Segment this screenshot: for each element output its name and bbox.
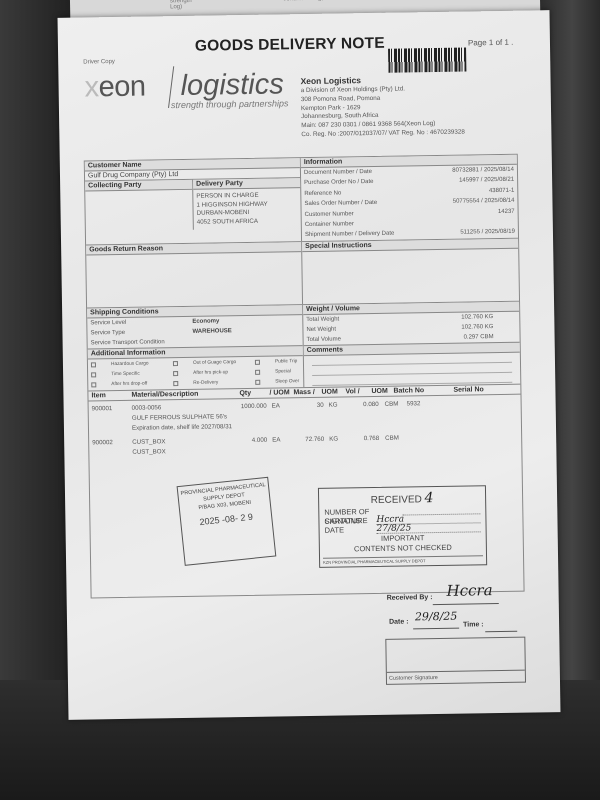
logo-xeon: xeon <box>84 71 145 105</box>
received-title: RECEIVED <box>371 494 422 506</box>
company-details: Xeon Logistics a Division of Xeon Holdin… <box>300 74 464 140</box>
volume: 0.080 <box>359 401 379 408</box>
info-label: Shipment Number / Delivery Date <box>305 229 395 241</box>
item-number: 900001 <box>92 405 113 412</box>
received-by-label: Received By : <box>387 594 433 602</box>
checkbox[interactable] <box>173 371 178 376</box>
checkbox-label: Out of Guage Cargo <box>185 358 255 368</box>
barcode <box>388 47 466 72</box>
document-title: GOODS DELIVERY NOTE <box>195 35 385 56</box>
total-volume-value: 0.297 CBM <box>463 332 493 342</box>
total-volume-label: Total Volume <box>307 334 342 345</box>
column-header: Vol / <box>345 388 371 395</box>
carton-count: 4 <box>424 490 433 506</box>
underlying-address: Johannesburg, South Africa <box>283 0 357 2</box>
total-weight-label: Total Weight <box>306 314 339 325</box>
info-label: Sales Order Number / Date <box>304 198 377 210</box>
customer-signature-label: Customer Signature <box>387 670 525 684</box>
delivery-address: PERSON IN CHARGE 1 HIGGINSON HIGHWAY DUR… <box>193 188 301 230</box>
checkbox[interactable] <box>173 381 178 386</box>
info-label: Customer Number <box>305 209 354 220</box>
info-value: 511255 / 2025/08/19 <box>460 227 515 238</box>
checkbox-label: Sleep Over <box>267 377 300 387</box>
received-by-signature: Hccra <box>446 581 492 600</box>
info-value: 14237 <box>498 206 515 217</box>
material-code: 0003-0056 <box>132 404 162 411</box>
special-instructions-box <box>302 248 519 303</box>
column-header: UOM <box>321 388 345 395</box>
logo-x: x <box>84 71 99 103</box>
column-header: / UOM <box>269 389 293 396</box>
item-number: 900002 <box>92 439 113 446</box>
receipt-date-value: 29/8/25 <box>415 610 458 624</box>
info-label: Reference No <box>304 188 341 199</box>
uom: EA <box>272 436 280 443</box>
checkbox[interactable] <box>255 370 260 375</box>
received-by-line <box>433 603 499 605</box>
column-header: Serial No <box>453 386 513 394</box>
checkbox-label: After hrs pick-up <box>185 368 255 378</box>
material-description: GULF FERROUS SULPHATE 56's <box>132 413 227 421</box>
checkbox-label: Hazardous Cargo <box>103 359 173 369</box>
info-value: 438071-1 <box>489 186 515 197</box>
checkbox-label: Public Trip <box>267 357 300 367</box>
comment-line <box>312 373 512 386</box>
checkbox-label: Re-Delivery <box>185 378 255 388</box>
checkbox[interactable] <box>91 362 96 367</box>
checkbox-label: Special <box>267 367 300 377</box>
address-line: 4052 SOUTH AFRICA <box>197 217 298 227</box>
column-header: Item <box>91 392 131 400</box>
net-weight-value: 102.760 KG <box>461 322 493 333</box>
checkbox[interactable] <box>173 361 178 366</box>
additional-options: Hazardous CargoOut of Guage CargoPublic … <box>88 356 303 390</box>
page-indicator: Page 1 of 1 . <box>468 38 514 48</box>
copy-label: Driver Copy <box>83 59 115 65</box>
volume: 0.768 <box>359 435 379 442</box>
depot-stamp: PROVINCIAL PHARMACEUTICAL SUPPLY DEPOT P… <box>177 477 277 566</box>
stamp-date-handwritten: 27/8/25 <box>377 523 481 534</box>
delivery-note-paper: GOODS DELIVERY NOTE Page 1 of 1 . Driver… <box>58 10 561 720</box>
not-checked-label: CONTENTS NOT CHECKED <box>325 543 481 554</box>
checkbox-label: Time Specific <box>103 369 173 379</box>
total-weight-value: 102.760 KG <box>461 312 493 323</box>
checkbox-label: After hrs drop-off <box>103 379 173 389</box>
batch-number: 5932 <box>407 400 421 407</box>
mass: 72.760 <box>294 436 324 443</box>
collecting-party-header: Collecting Party <box>85 180 192 192</box>
receipt-date-line <box>413 628 459 630</box>
checkbox[interactable] <box>91 372 96 377</box>
stamp-date: 2025 -08- 2 9 <box>181 511 271 528</box>
checkbox[interactable] <box>91 382 96 387</box>
column-header: Material/Description <box>131 390 239 399</box>
information-rows: Document Number / Date80732881 / 2025/08… <box>301 165 518 241</box>
logo-tagline: strength through partnerships <box>171 98 289 110</box>
column-header: UOM <box>371 387 393 394</box>
stamp-footer: KZN PROVINCIAL PHARMACEUTICAL SUPPLY DEP… <box>323 555 483 565</box>
service-level-value: Economy <box>192 316 219 326</box>
column-header: Mass / <box>293 389 321 396</box>
material-code: CUST_BOX <box>132 438 165 446</box>
quantity: 4.000 <box>239 436 267 443</box>
uom: EA <box>272 402 280 409</box>
material-note: Expiration date, shelf life 2027/08/31 <box>132 423 232 432</box>
mass: 30 <box>294 402 324 409</box>
volume-uom: CBM <box>385 434 399 441</box>
goods-return-box <box>86 252 302 307</box>
receipt-time-line <box>485 631 517 633</box>
quantity: 1000.000 <box>239 402 267 409</box>
checkbox[interactable] <box>255 380 260 385</box>
receipt-time-label: Time : <box>463 621 484 628</box>
info-label: Container Number <box>305 219 354 230</box>
column-header: Batch No <box>393 386 453 394</box>
material-description: CUST_BOX <box>132 448 165 456</box>
net-weight-label: Net Weight <box>306 324 336 334</box>
date-label: DATE <box>325 525 377 535</box>
customer-signature-box: Customer Signature <box>385 637 526 685</box>
logo-eon: eon <box>98 71 145 104</box>
mass-uom: KG <box>329 435 338 442</box>
volume-uom: CBM <box>385 400 399 407</box>
company-line: Co. Reg. No :2007/012037/07/ VAT Reg. No… <box>301 129 465 140</box>
service-type-value: WAREHOUSE <box>192 326 231 337</box>
mass-uom: KG <box>329 401 338 408</box>
transport-condition-label: Service Transport Condition <box>91 337 193 349</box>
received-stamp: RECEIVED 4 NUMBER OF CARTONS SIGNATUREHc… <box>318 485 487 568</box>
checkbox[interactable] <box>255 360 260 365</box>
column-header: Qty <box>239 389 269 396</box>
info-label: Purchase Order No / Date <box>304 177 374 188</box>
receipt-date-label: Date : <box>389 618 409 625</box>
